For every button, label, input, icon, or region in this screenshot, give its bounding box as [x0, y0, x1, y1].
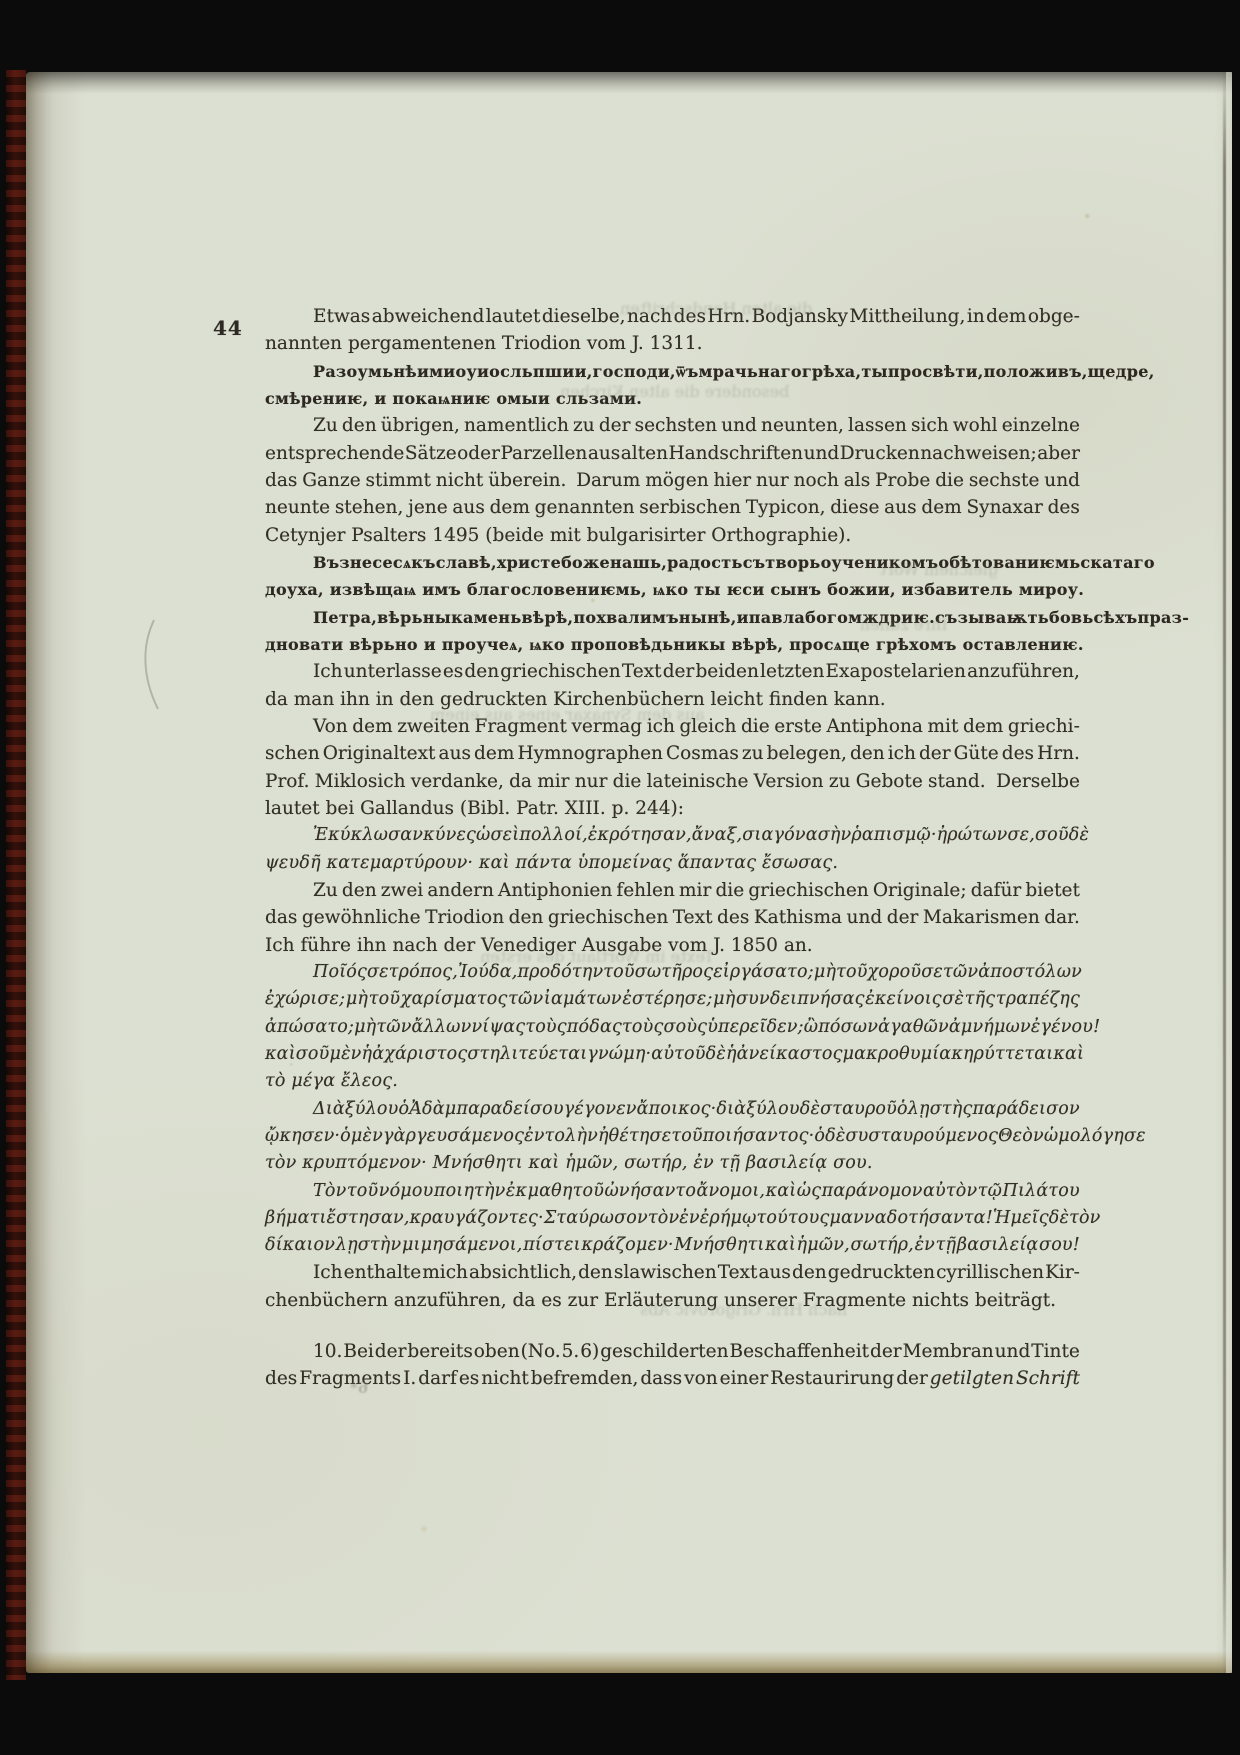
margin-pencil-mark — [138, 617, 172, 713]
text-line: dasGanzestimmtnichtüberein.Darummögenhie… — [265, 467, 1080, 494]
text-line: ΔιὰξύλουὁἈδὰμπαραδείσουγέγονενἄποικος·δι… — [265, 1096, 1080, 1123]
bleed-through-text: gleichem Wort — [880, 560, 998, 579]
fore-edge-paper-strip — [1226, 72, 1232, 1673]
book-page: 44 Etwasabweichendlautetdieselbe,nachdes… — [26, 72, 1232, 1673]
text-line: entsprechendeSätzeoderParzellenausaltenH… — [265, 440, 1080, 467]
text-line: ᾤκησεν·ὁμὲνγὰργευσάμενοςἐντολὴνἠθέτησετο… — [265, 1123, 1080, 1150]
text-line: ZudenzweiandernAntiphonienfehlenmirdiegr… — [265, 877, 1080, 904]
text-line: βήματιἔστησαν,κραυγάζοντες·Σταύρωσοντὸνἐ… — [265, 1205, 1080, 1232]
bleed-through-text: besondere die alten Kirchen — [560, 382, 789, 401]
text-line: ἀπώσατο;μὴτῶνἄλλωννίψαςτοὺςπόδαςτοὺςσοὺς… — [265, 1014, 1080, 1041]
text-line: Τὸντοῦνόμουποιητὴνἐκμαθητοῦὠνήσαντοἄνομο… — [265, 1178, 1080, 1205]
text-line: Петра,вѣрьныкаменьвѣрѣ,похвалимънынѣ,ипа… — [265, 604, 1080, 631]
text-line: 10.Beiderbereitsoben(No.5.6)geschilderte… — [265, 1338, 1080, 1365]
scanned-book-photo: 44 Etwasabweichendlautetdieselbe,nachdes… — [0, 0, 1240, 1755]
text-line: δίκαιονλῃστὴνμιμησάμενοι,πίστεικράζομεν·… — [265, 1232, 1080, 1259]
text-line: Ichenthaltemichabsichtlich,denslawischen… — [265, 1259, 1080, 1286]
text-line: Zudenübrigen,namentlichzudersechstenundn… — [265, 412, 1080, 439]
bleed-through-text: nach Hrn. Grigorovič Abs — [640, 1300, 847, 1319]
text-line: τὸ μέγα ἔλεος. — [265, 1068, 1080, 1095]
text-line: Cetynjer Psalters 1495 (beide mit bulgar… — [265, 522, 1080, 549]
bleed-through-text: aus dem Synaxar eines aus einem — [430, 705, 705, 724]
text-line: Ἐκύκλωσανκύνεςὡσεὶπολλοί,ἐκρότησαν,ἄναξ,… — [265, 822, 1080, 849]
text-line: schenOriginaltextausdemHymnographenCosma… — [265, 740, 1080, 767]
book-binding-strip — [6, 70, 26, 1680]
text-line: доуха, извѣщаѩ имъ благословениѥмь, ѩко … — [265, 576, 1080, 603]
bleed-through-text: Texte im Wortlaut des ersten — [480, 947, 714, 966]
text-line: nannten pergamentenen Triodion vom J. 13… — [265, 330, 1080, 357]
page-edge-crease — [1223, 72, 1226, 1673]
page-number: 44 — [213, 316, 243, 340]
bleed-through-text: Ihre zuneh — [860, 615, 948, 634]
text-line: IchunterlasseesdengriechischenTextderbei… — [265, 658, 1080, 685]
text-line: lautet bei Gallandus (Bibl. Patr. XIII. … — [265, 795, 1080, 822]
signature-mark-bleed-through: 6* — [350, 1379, 368, 1397]
text-line: τὸν κρυπτόμενον· Μνήσθητι καὶ ἡμῶν, σωτή… — [265, 1150, 1080, 1177]
text-line: Разоумьнѣимиоуиосльпшии,господи,ѿъмрачьн… — [265, 358, 1080, 385]
text-line: ἐχώρισε;μὴτοῦχαρίσματοςτῶνἰαμάτωνἐστέρησ… — [265, 986, 1080, 1013]
text-line: καὶσοῦμὲνἡἀχάριστοςστηλιτεύεταιγνώμη·αὐτ… — [265, 1041, 1080, 1068]
text-line: Prof.Miklosichverdanke,damirnurdielatein… — [265, 768, 1080, 795]
text-line: dasgewöhnlicheTriodiondengriechischenTex… — [265, 904, 1080, 931]
text-block: Etwasabweichendlautetdieselbe,nachdesHrn… — [265, 303, 1080, 1393]
text-line: ψευδῆ κατεμαρτύρουν· καὶ πάντα ὑπομείνας… — [265, 850, 1080, 877]
text-line: neuntestehen,jeneausdemgenanntenserbisch… — [265, 494, 1080, 521]
text-line: desFragmentsI.darfesnichtbefremden,dassv… — [265, 1365, 1080, 1392]
text-line: дновати вѣрьно и проучеѧ, ѩко проповѣдьн… — [265, 631, 1080, 658]
bleed-through-text: die alten Handschriften — [620, 299, 812, 318]
